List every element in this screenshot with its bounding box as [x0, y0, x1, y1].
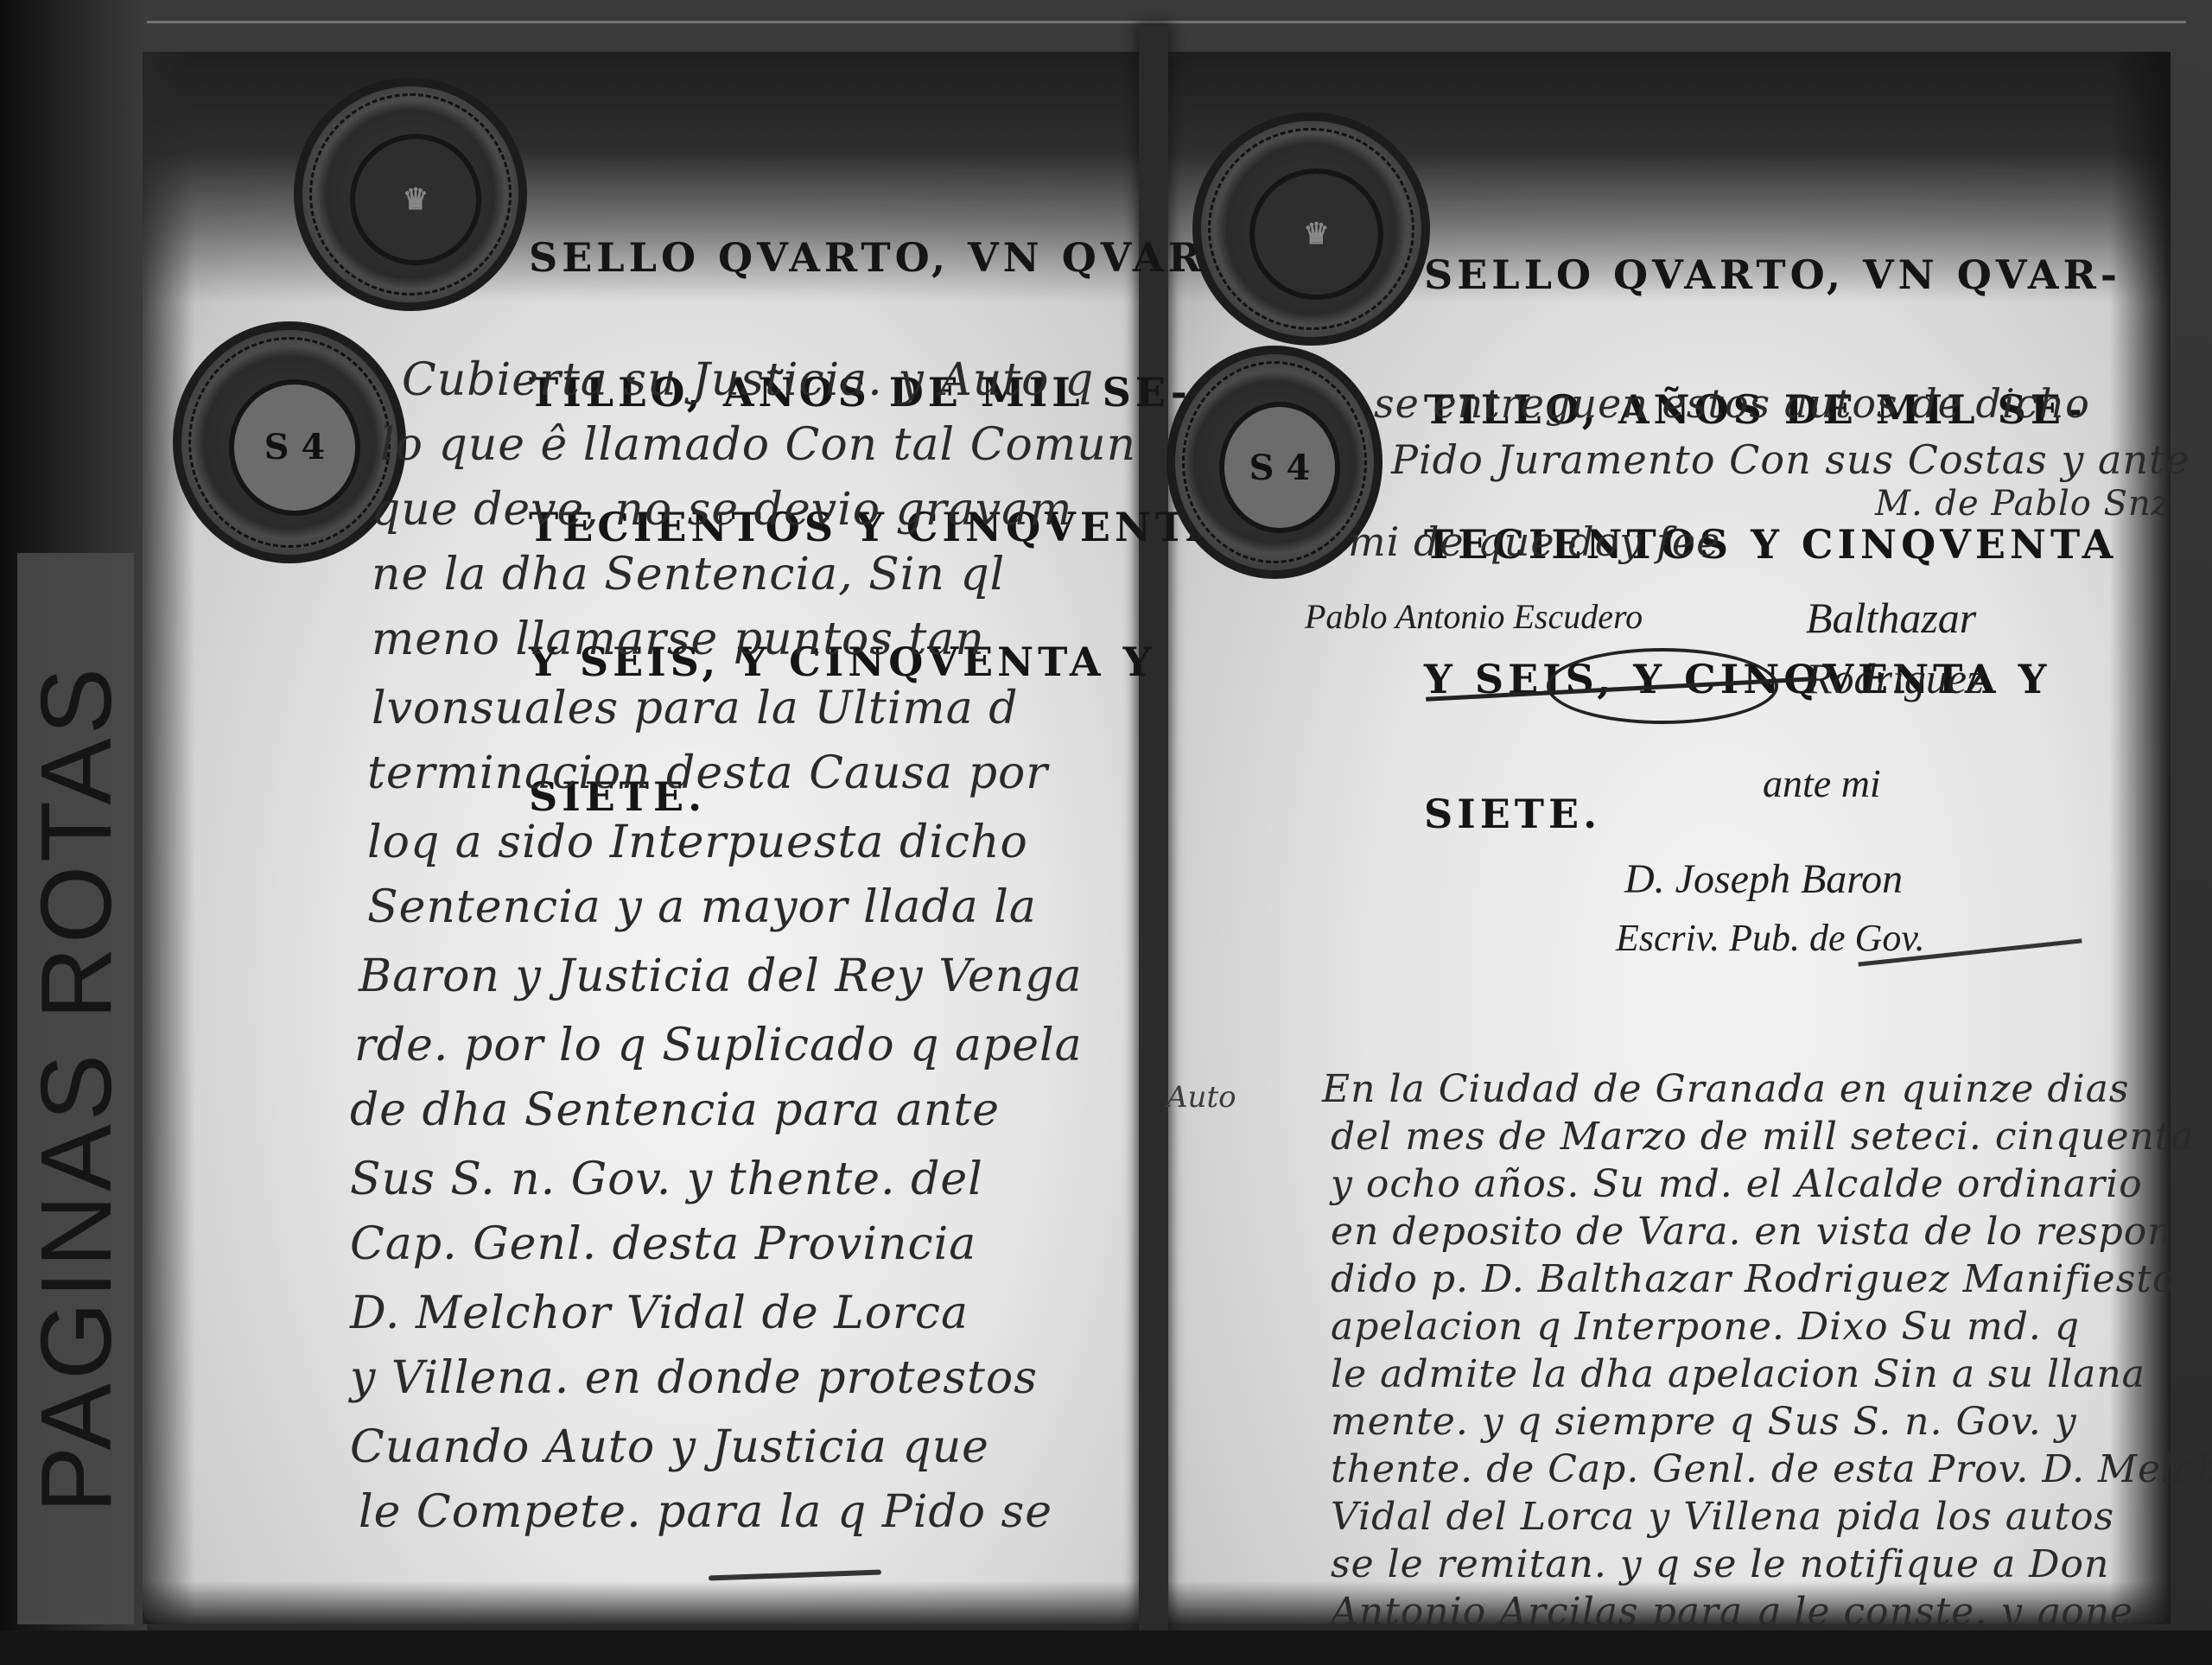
- royal-seal-left: ♛: [294, 78, 527, 311]
- left-line-5: meno llamarse puntos tan: [372, 613, 985, 665]
- royal-seal-right: ♛: [1192, 112, 1430, 346]
- right-top-line-4: mi de que doy fee: [1348, 518, 1720, 565]
- left-line-3: que deve, no se devio gravam: [372, 484, 1072, 536]
- left-line-8: loq a sido Interpuesta dicho: [367, 817, 1028, 868]
- margin-note: Auto: [1166, 1080, 1236, 1115]
- left-line-18: le Compete. para la q Pido se: [359, 1486, 1052, 1538]
- seal-emblem-icon: S 4: [229, 379, 360, 516]
- right-top-line-3: M. de Pablo Snz: [1875, 484, 2171, 524]
- left-line-14: Cap. Genl. desta Provincia: [350, 1218, 976, 1270]
- right-line-1: En la Ciudad de Granada en quinze dias: [1322, 1067, 2129, 1111]
- signature-scribe: Pablo Antonio Escudero: [1305, 596, 1643, 637]
- right-line-10: Vidal del Lorca y Villena pida los autos: [1331, 1495, 2114, 1539]
- right-line-11: se le remitan. y q se le notifique a Don: [1331, 1542, 2109, 1586]
- right-line-2: del mes de Marzo de mill seteci. cinquen…: [1331, 1115, 2195, 1159]
- left-line-12: de dha Sentencia para ante: [350, 1084, 1000, 1136]
- scan-top-edge: [138, 21, 2186, 23]
- right-line-9: thente. de Cap. Genl. de esta Prov. D. M…: [1331, 1447, 2212, 1491]
- left-line-1: Cubierta su Justicia. y Auto q: [402, 354, 1094, 406]
- left-line-6: lvonsuales para la Ultima d: [372, 683, 1019, 734]
- left-line-13: Sus S. n. Gov. y thente. del: [350, 1153, 983, 1205]
- right-line-12: Antonio Arcilas para q le conste. y gone: [1331, 1590, 2133, 1634]
- right-line-7: le admite la dha apelacion Sin a su llan…: [1331, 1352, 2145, 1396]
- coat-of-arms-icon: ♛: [1249, 168, 1383, 300]
- left-line-7: terminacion desta Causa por: [367, 747, 1048, 799]
- left-line-17: Cuando Auto y Justicia que: [350, 1421, 989, 1473]
- notary-name: D. Joseph Baron: [1624, 855, 1903, 903]
- right-line-3: y ocho años. Su md. el Alcalde ordinario: [1331, 1162, 2143, 1206]
- right-line-6: apelacion q Interpone. Dixo Su md. q: [1331, 1305, 2080, 1349]
- right-line-5: dido p. D. Balthazar Rodriguez Manifiest…: [1331, 1257, 2176, 1301]
- notary-title: Escriv. Pub. de Gov.: [1616, 916, 1925, 960]
- right-top-line-2: Pido Juramento Con sus Costas y ante: [1391, 436, 2190, 483]
- right-top-line-1: se entreguen estos autos de dicho: [1374, 380, 2090, 427]
- damaged-pages-label: PAGINAS ROTAS: [18, 664, 134, 1513]
- right-line-4: en deposito de Vara. en vista de lo resp…: [1331, 1210, 2173, 1254]
- left-line-9: Sentencia y a mayor llada la: [367, 881, 1037, 933]
- left-line-10: Baron y Justicia del Rey Venga: [359, 950, 1083, 1002]
- scan-bottom-edge: [0, 1630, 2212, 1665]
- coat-of-arms-icon: ♛: [350, 134, 481, 265]
- left-line-2: lo que ê llamado Con tal Comun: [380, 419, 1136, 471]
- right-line-8: mente. y q siempre q Sus S. n. Gov. y: [1331, 1400, 2077, 1444]
- ante-mi: ante mi: [1763, 760, 1881, 806]
- seal-emblem-icon: S 4: [1219, 402, 1341, 533]
- left-line-4: ne la dha Sentencia, Sin ql: [372, 549, 1005, 601]
- left-line-15: D. Melchor Vidal de Lorca: [350, 1287, 969, 1339]
- signature-balthazar: Balthazar Rodriguez: [1806, 588, 2048, 709]
- left-line-11: rde. por lo q Suplicado q apela: [354, 1020, 1083, 1071]
- left-line-16: y Villena. en donde protestos: [350, 1352, 1038, 1404]
